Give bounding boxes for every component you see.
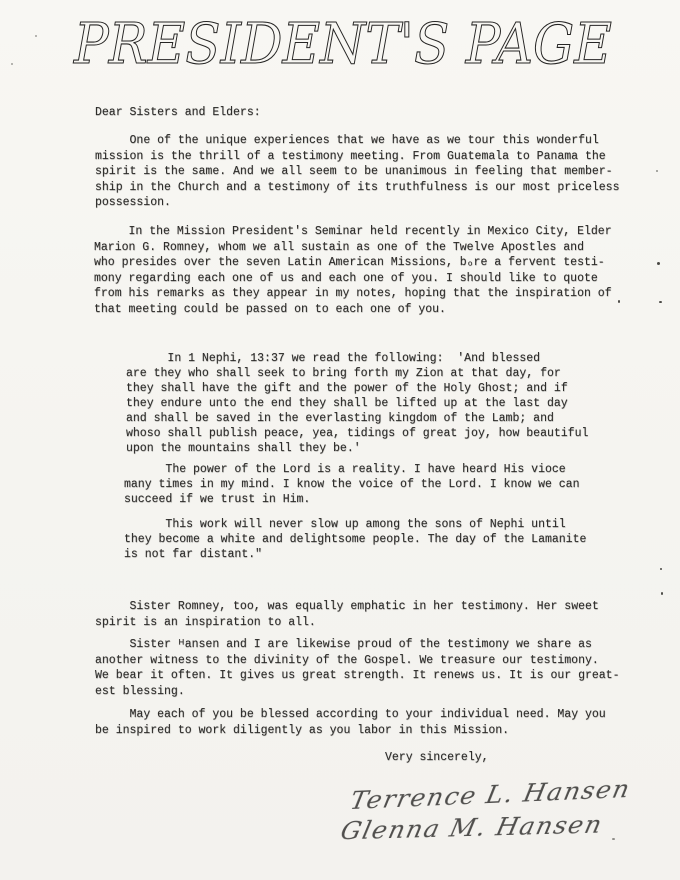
closing-line: Very sincerely,: [385, 750, 585, 766]
paragraph-seminar: In the Mission President's Seminar held …: [94, 224, 654, 317]
letter-page: PRESIDENT'S PAGE Dear Sisters and Elders…: [0, 0, 680, 880]
page-title: PRESIDENT'S PAGE: [72, 8, 620, 82]
paper-speck: [656, 170, 658, 172]
paragraph-intro: One of the unique experiences that we ha…: [95, 133, 655, 211]
paper-speck: [11, 63, 13, 65]
signature-wife: Glenna M. Hansen: [338, 810, 606, 846]
paper-speck: [659, 301, 662, 303]
paper-speck: [661, 592, 663, 595]
paper-speck: [660, 568, 662, 570]
quote-sons-of-nephi: This work will never slow up among the s…: [124, 517, 634, 562]
quote-nephi: In 1 Nephi, 13:37 we read the following:…: [126, 351, 626, 456]
paragraph-blessing: May each of you be blessed according to …: [95, 707, 655, 738]
salutation: Dear Sisters and Elders:: [95, 105, 395, 121]
signature-president: Terrence L. Hansen: [348, 774, 634, 815]
paper-speck: [35, 35, 37, 37]
paper-speck: [612, 838, 615, 840]
paragraph-sister-hansen: Sister ᴴansen and I are likewise proud o…: [95, 637, 660, 699]
quote-power-of-lord: The power of the Lord is a reality. I ha…: [124, 462, 634, 507]
page-title-text: PRESIDENT'S PAGE: [73, 12, 612, 77]
paragraph-sister-romney: Sister Romney, too, was equally emphatic…: [95, 599, 655, 630]
paper-speck: [618, 300, 620, 303]
paper-speck: [657, 262, 660, 265]
